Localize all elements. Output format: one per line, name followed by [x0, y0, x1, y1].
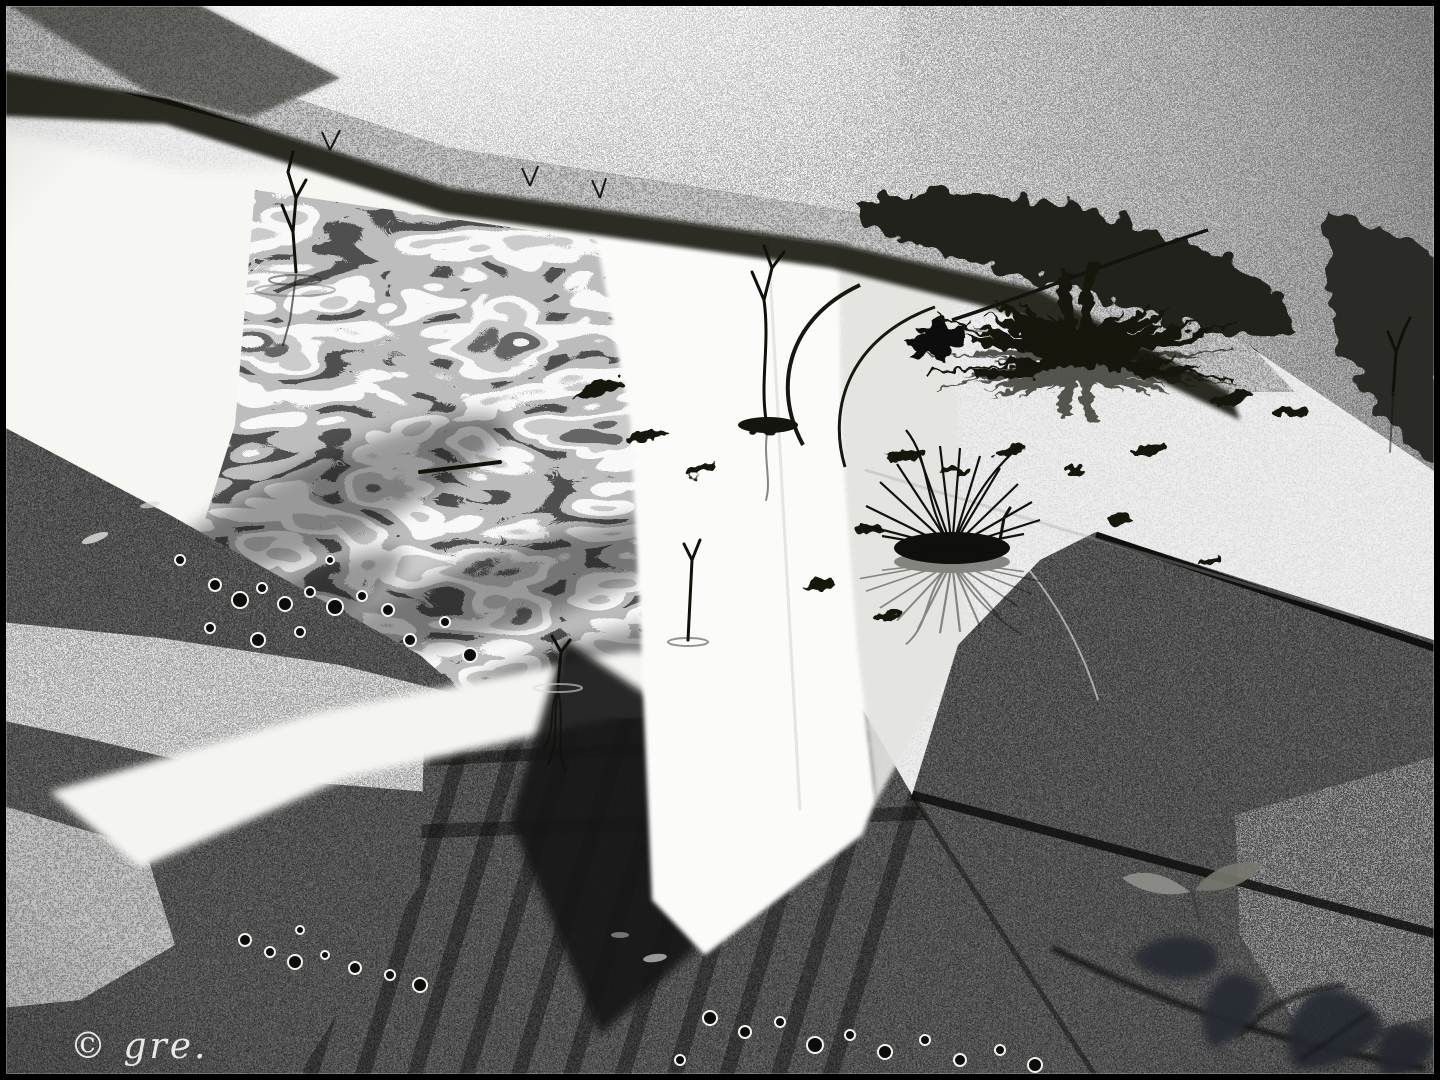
- photographer-watermark: © gre.: [70, 1026, 208, 1067]
- vignette-overlay: [0, 0, 1440, 1080]
- photo-canvas: © gre.: [0, 0, 1440, 1080]
- photo: © gre.: [0, 0, 1440, 1080]
